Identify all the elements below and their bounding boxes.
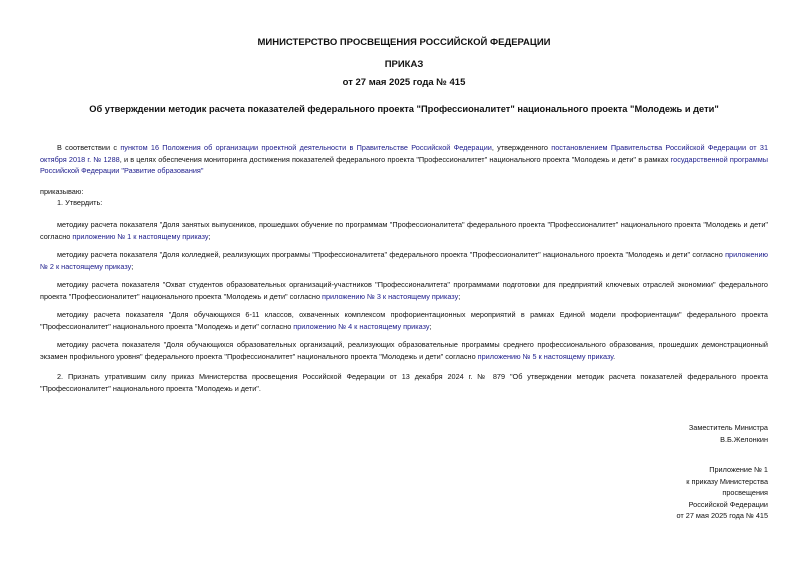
method-end: . — [613, 352, 615, 361]
appendix-line: к приказу Министерства — [677, 476, 769, 488]
method-end: ; — [430, 322, 432, 331]
document-date-number: от 27 мая 2025 года № 415 — [40, 77, 768, 88]
signatory-position: Заместитель Министра — [689, 422, 768, 434]
method-end: ; — [209, 232, 211, 241]
method-item: методику расчета показателя "Доля обучаю… — [40, 309, 768, 332]
method-item: методику расчета показателя "Доля заняты… — [40, 219, 768, 242]
preamble-text-1: В соответствии с — [57, 143, 120, 152]
ministry-name: МИНИСТЕРСТВО ПРОСВЕЩЕНИЯ РОССИЙСКОЙ ФЕДЕ… — [40, 37, 768, 48]
method-text: методику расчета показателя "Доля коллед… — [57, 250, 725, 259]
item-2-paragraph: 2. Признать утратившим силу приказ Минис… — [40, 371, 768, 394]
appendix-line: просвещения — [677, 487, 769, 499]
appendix-header: Приложение № 1 к приказу Министерства пр… — [677, 464, 769, 522]
document-title: Об утверждении методик расчета показател… — [40, 104, 768, 114]
signatory-name: В.Б.Желонкин — [689, 434, 768, 446]
method-item: методику расчета показателя "Доля обучаю… — [40, 339, 768, 362]
method-end: ; — [131, 262, 133, 271]
appendix-line: от 27 мая 2025 года № 415 — [677, 510, 769, 522]
link-appendix-4[interactable]: приложению № 4 к настоящему приказу — [293, 322, 429, 331]
method-item: методику расчета показателя "Охват студе… — [40, 279, 768, 302]
appendix-line: Российской Федерации — [677, 499, 769, 511]
method-text: методику расчета показателя "Доля обучаю… — [40, 340, 768, 361]
order-word: приказываю: — [40, 186, 768, 198]
link-appendix-1[interactable]: приложению № 1 к настоящему приказу — [72, 232, 208, 241]
document-type: ПРИКАЗ — [40, 59, 768, 70]
appendix-line: Приложение № 1 — [677, 464, 769, 476]
preamble-paragraph: В соответствии с пунктом 16 Положения об… — [40, 142, 768, 177]
link-appendix-3[interactable]: приложению № 3 к настоящему приказу — [322, 292, 458, 301]
item-1-heading: 1. Утвердить: — [40, 197, 768, 209]
link-regulation-clause-16[interactable]: пунктом 16 Положения об организации прое… — [120, 143, 492, 152]
preamble-text-2: , утвержденного — [492, 143, 551, 152]
method-end: ; — [458, 292, 460, 301]
method-item: методику расчета показателя "Доля коллед… — [40, 249, 768, 272]
preamble-text-3: , и в целях обеспечения мониторинга дост… — [120, 155, 671, 164]
link-appendix-5[interactable]: приложению № 5 к настоящему приказу — [478, 352, 613, 361]
signature-block: Заместитель Министра В.Б.Желонкин — [689, 422, 768, 445]
